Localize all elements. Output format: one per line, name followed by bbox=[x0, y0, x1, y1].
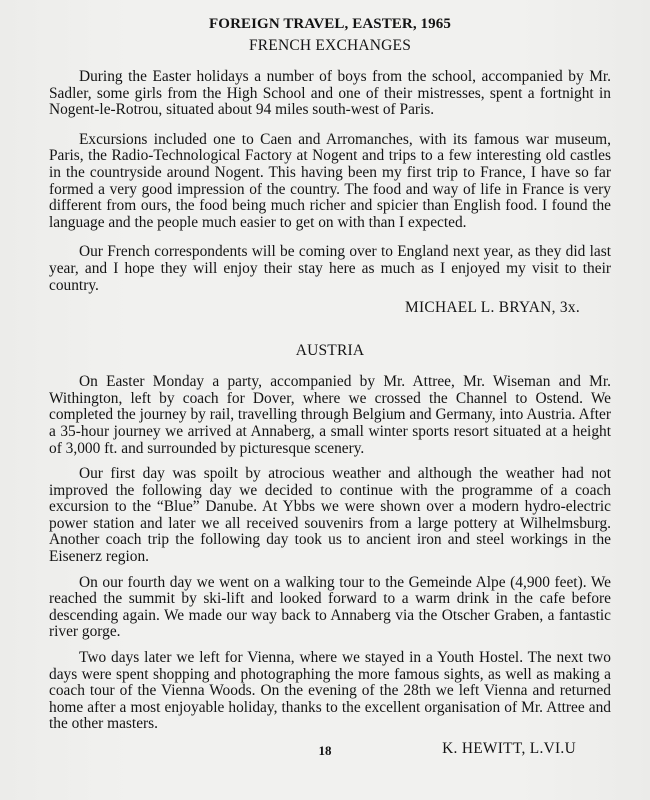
paragraph: Excursions included one to Caen and Arro… bbox=[49, 132, 611, 232]
scanned-page: FOREIGN TRAVEL, EASTER, 1965 FRENCH EXCH… bbox=[0, 0, 650, 800]
section-heading: AUSTRIA bbox=[49, 341, 611, 361]
author-signature: MICHAEL L. BRYAN, 3x. bbox=[49, 299, 580, 316]
paragraph: Two days later we left for Vienna, where… bbox=[49, 650, 611, 733]
paragraph: On Easter Monday a party, accompanied by… bbox=[49, 374, 611, 457]
paragraph: Our French correspondents will be coming… bbox=[49, 244, 611, 294]
section-heading: FRENCH EXCHANGES bbox=[49, 36, 611, 56]
paragraph: Our first day was spoilt by atrocious we… bbox=[49, 466, 611, 566]
section-austria: AUSTRIA On Easter Monday a party, accomp… bbox=[49, 341, 611, 757]
article-column: FOREIGN TRAVEL, EASTER, 1965 FRENCH EXCH… bbox=[49, 14, 611, 757]
paragraph: During the Easter holidays a number of b… bbox=[49, 69, 611, 119]
paragraph: On our fourth day we went on a walking t… bbox=[49, 575, 611, 641]
section-french-exchanges: FRENCH EXCHANGES During the Easter holid… bbox=[49, 36, 611, 316]
page-number: 18 bbox=[0, 743, 650, 759]
article-title: FOREIGN TRAVEL, EASTER, 1965 bbox=[49, 14, 611, 34]
